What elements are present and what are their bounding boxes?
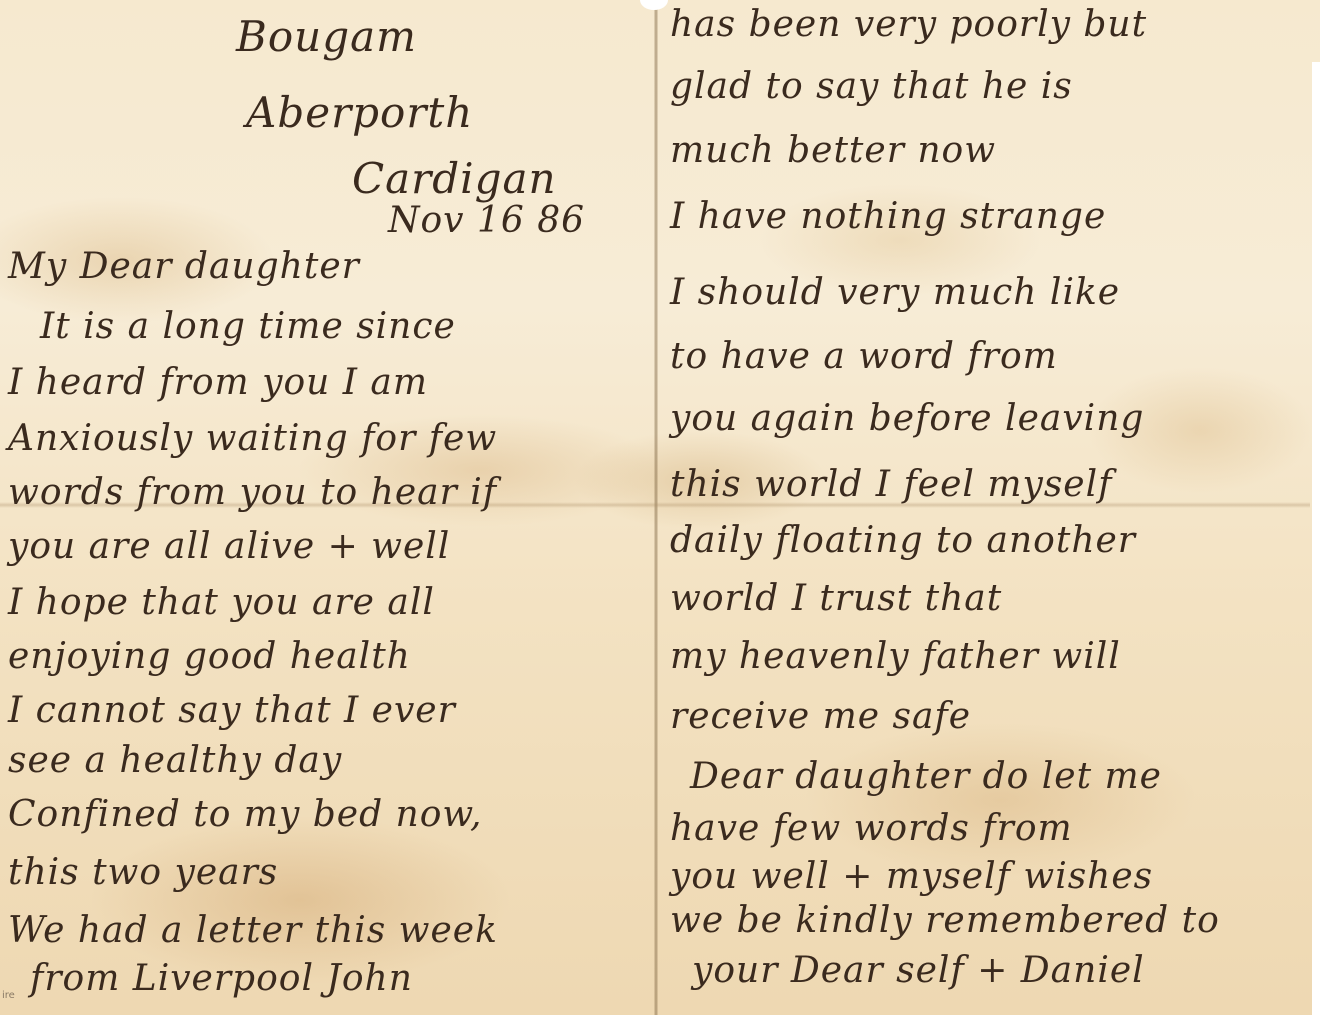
letter-line: I cannot say that I ever — [8, 690, 456, 731]
letter-line: words from you to hear if — [8, 472, 497, 513]
salutation: My Dear daughter — [8, 246, 360, 287]
address-line-3: Cardigan — [352, 154, 557, 203]
letter-date: Nov 16 86 — [388, 200, 585, 241]
letter-line: we be kindly remembered to — [670, 900, 1220, 941]
right-page: has been very poorly but glad to say tha… — [662, 0, 1312, 1015]
letter-line: this world I feel myself — [670, 464, 1112, 505]
letter-line: Dear daughter do let me — [690, 756, 1162, 797]
letter-line: Confined to my bed now, — [8, 794, 482, 835]
letter-line: We had a letter this week — [8, 910, 498, 951]
letter-line: see a healthy day — [8, 740, 342, 781]
letter-line: your Dear self + Daniel — [692, 950, 1145, 991]
left-page: Bougam Aberporth Cardigan Nov 16 86 My D… — [0, 0, 650, 1015]
address-line-1: Bougam — [236, 12, 417, 61]
letter-scan: Bougam Aberporth Cardigan Nov 16 86 My D… — [0, 0, 1320, 1015]
letter-line: glad to say that he is — [670, 66, 1073, 107]
letter-line: world I trust that — [670, 578, 1002, 619]
letter-line: I heard from you I am — [8, 362, 428, 403]
margin-note: ire — [2, 990, 15, 1001]
letter-line: you are all alive + well — [8, 526, 450, 567]
paper-right-edge — [1312, 62, 1320, 1015]
letter-line: from Liverpool John — [30, 958, 413, 999]
letter-line: this two years — [8, 852, 278, 893]
letter-line: enjoying good health — [8, 636, 411, 677]
address-line-2: Aberporth — [246, 88, 473, 137]
letter-line: I should very much like — [670, 272, 1120, 313]
letter-line: you well + myself wishes — [670, 856, 1153, 897]
letter-line: Anxiously waiting for few — [8, 418, 497, 459]
letter-line: you again before leaving — [670, 398, 1144, 439]
letter-line: have few words from — [670, 808, 1073, 849]
letter-line: daily floating to another — [670, 520, 1136, 561]
letter-line: It is a long time since — [40, 306, 456, 347]
letter-line: has been very poorly but — [670, 4, 1147, 45]
letter-line: I have nothing strange — [670, 196, 1106, 237]
letter-line: to have a word from — [670, 336, 1058, 377]
letter-line: much better now — [670, 130, 996, 171]
letter-line: receive me safe — [670, 696, 971, 737]
letter-line: I hope that you are all — [8, 582, 435, 623]
letter-line: my heavenly father will — [670, 636, 1121, 677]
